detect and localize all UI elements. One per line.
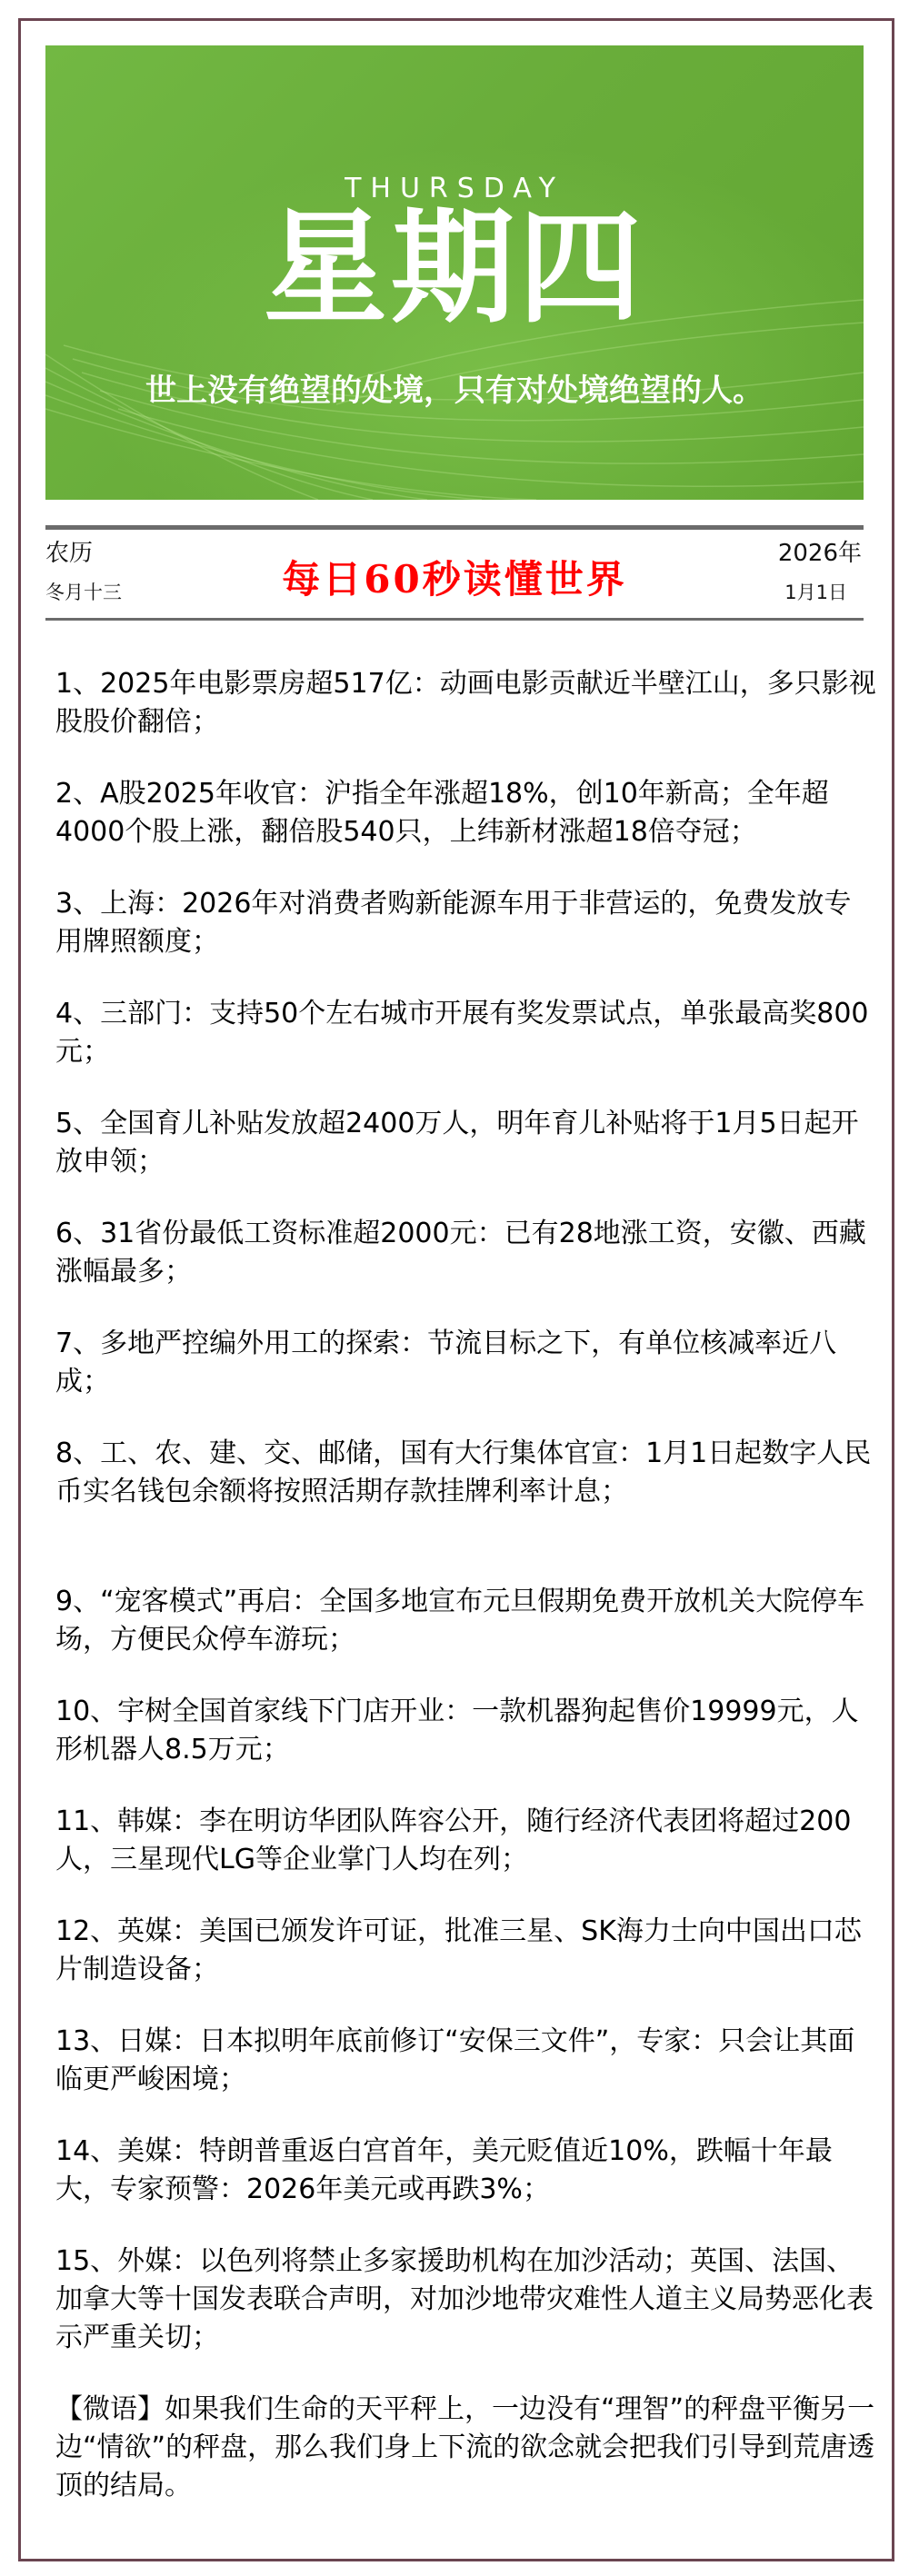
news-item: 11、韩媒：李在明访华团队阵容公开，随行经济代表团将超过200人，三星现代LG等… bbox=[55, 1803, 878, 1879]
news-item: 2、A股2025年收官：沪指全年涨超18%，创10年新高；全年超4000个股上涨… bbox=[55, 775, 878, 851]
news-item: 6、31省份最低工资标准超2000元：已有28地涨工资，安徽、西藏涨幅最多； bbox=[55, 1215, 878, 1291]
month-day: 1月1日 bbox=[784, 578, 847, 605]
news-item: 5、全国育儿补贴发放超2400万人，明年育儿补贴将于1月5日起开放申领； bbox=[55, 1105, 878, 1181]
news-item: 12、英媒：美国已颁发许可证，批准三星、SK海力士向中国出口芯片制造设备； bbox=[55, 1913, 878, 1989]
header-divider-bottom bbox=[45, 618, 864, 621]
daily-quote: 【微语】如果我们生命的天平秤上，一边没有“理智”的秤盘平衡另一边“情欲”的秤盘，… bbox=[55, 2391, 878, 2505]
news-item: 10、宇树全国首家线下门店开业：一款机器狗起售价19999元，人形机器人8.5万… bbox=[55, 1693, 878, 1769]
banner-quote: 世上没有绝望的处境，只有对处境绝望的人。 bbox=[45, 365, 864, 410]
news-item: 4、三部门：支持50个左右城市开展有奖发票试点，单张最高奖800元； bbox=[55, 995, 878, 1071]
lunar-date: 冬月十三 bbox=[45, 578, 122, 605]
news-item: 7、多地严控编外用工的探索：节流目标之下，有单位核减率近八成； bbox=[55, 1325, 878, 1401]
weekday-banner: THURSDAY 星期四 世上没有绝望的处境，只有对处境绝望的人。 bbox=[45, 45, 864, 500]
news-item: 15、外媒：以色列将禁止多家援助机构在加沙活动；英国、法国、加拿大等十国发表联合… bbox=[55, 2243, 878, 2357]
weekday-chinese: 星期四 bbox=[45, 168, 864, 368]
lunar-calendar-label: 农历 bbox=[45, 534, 93, 568]
news-item: 14、美媒：特朗普重返白宫首年，美元贬值近10%，跌幅十年最大，专家预警：202… bbox=[55, 2133, 878, 2209]
year: 2026年 bbox=[778, 534, 862, 568]
news-item: 8、工、农、建、交、邮储，国有大行集体官宣：1月1日起数字人民币实名钱包余额将按… bbox=[55, 1435, 878, 1511]
news-list: 1、2025年电影票房超517亿：动画电影贡献近半壁江山，多只影视股股价翻倍； … bbox=[55, 665, 878, 2539]
news-item: 1、2025年电影票房超517亿：动画电影贡献近半壁江山，多只影视股股价翻倍； bbox=[55, 665, 878, 741]
news-item: 3、上海：2026年对消费者购新能源车用于非营运的，免费发放专用牌照额度； bbox=[55, 885, 878, 961]
news-item: 9、“宠客模式”再启：全国多地宣布元旦假期免费开放机关大院停车场，方便民众停车游… bbox=[55, 1583, 878, 1659]
header-divider-top bbox=[45, 525, 864, 530]
news-item: 13、日媒：日本拟明年底前修订“安保三文件”，专家：只会让其面临更严峻困境； bbox=[55, 2023, 878, 2099]
masthead-title: 每日60秒读懂世界 bbox=[241, 550, 668, 604]
